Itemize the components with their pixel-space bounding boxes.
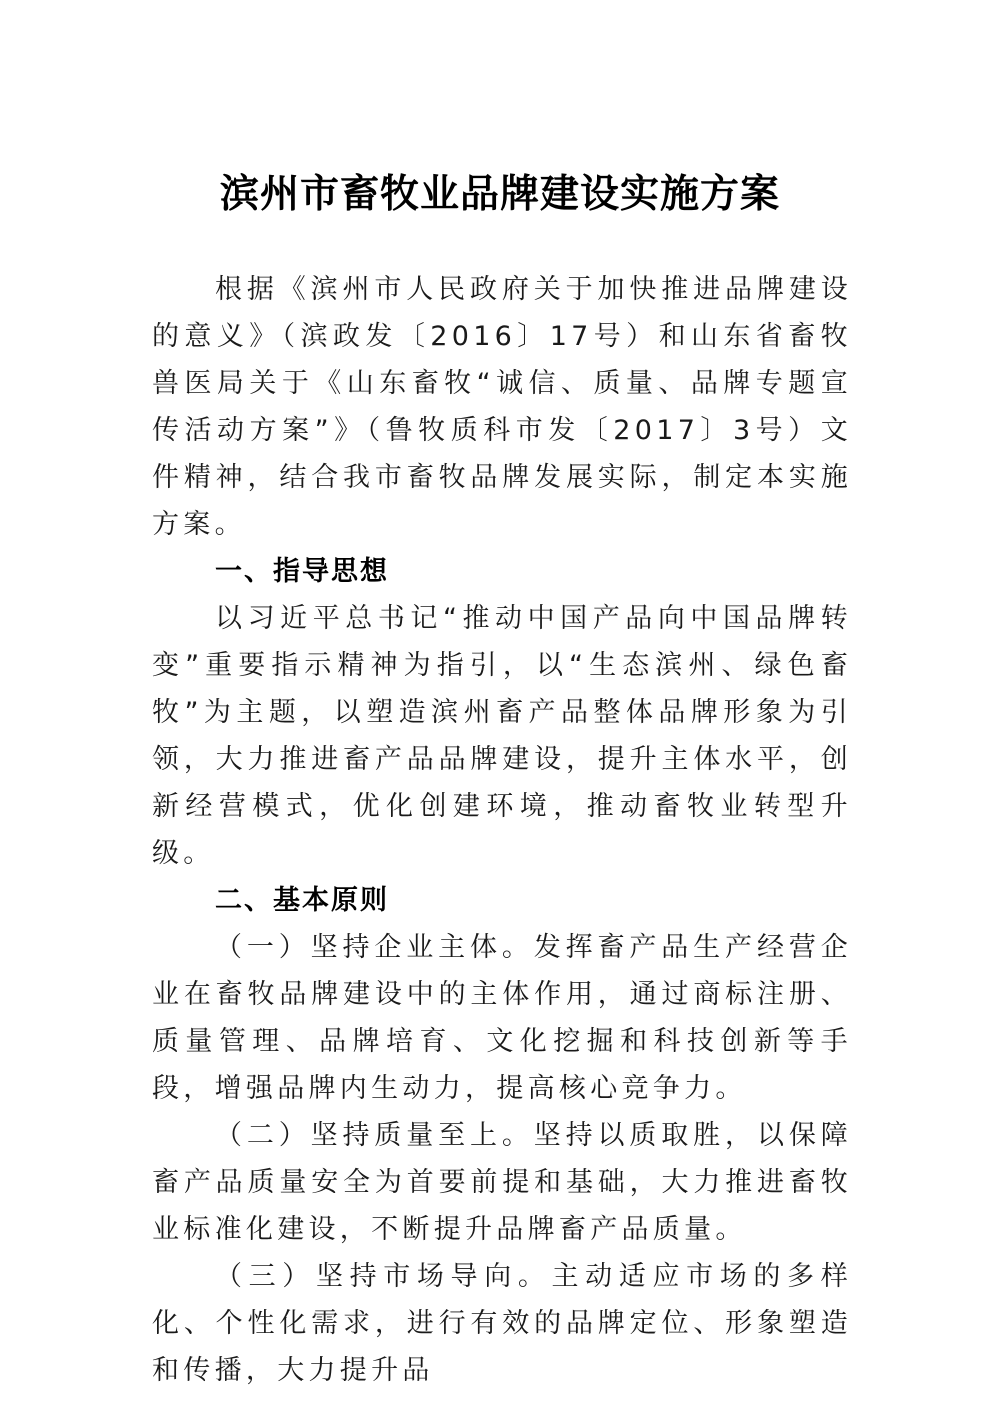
section-heading-basic-principles: 二、基本原则 (152, 877, 852, 924)
principle-quality-paragraph: （二）坚持质量至上。坚持以质取胜，以保障畜产品质量安全为首要前提和基础，大力推进… (152, 1112, 852, 1253)
section-heading-guiding-ideology: 一、指导思想 (152, 548, 852, 595)
guiding-ideology-paragraph: 以习近平总书记“推动中国产品向中国品牌转变”重要指示精神为指引，以“生态滨州、绿… (152, 595, 852, 877)
principle-market-paragraph: （三）坚持市场导向。主动适应市场的多样化、个性化需求，进行有效的品牌定位、形象塑… (152, 1253, 852, 1394)
intro-paragraph: 根据《滨州市人民政府关于加快推进品牌建设的意义》（滨政发〔2016〕17号）和山… (152, 266, 852, 548)
document-title: 滨州市畜牧业品牌建设实施方案 (0, 168, 1000, 220)
document-body: 根据《滨州市人民政府关于加快推进品牌建设的意义》（滨政发〔2016〕17号）和山… (152, 266, 852, 1394)
principle-enterprise-paragraph: （一）坚持企业主体。发挥畜产品生产经营企业在畜牧品牌建设中的主体作用，通过商标注… (152, 924, 852, 1112)
document-page: 滨州市畜牧业品牌建设实施方案 根据《滨州市人民政府关于加快推进品牌建设的意义》（… (0, 0, 1000, 1414)
